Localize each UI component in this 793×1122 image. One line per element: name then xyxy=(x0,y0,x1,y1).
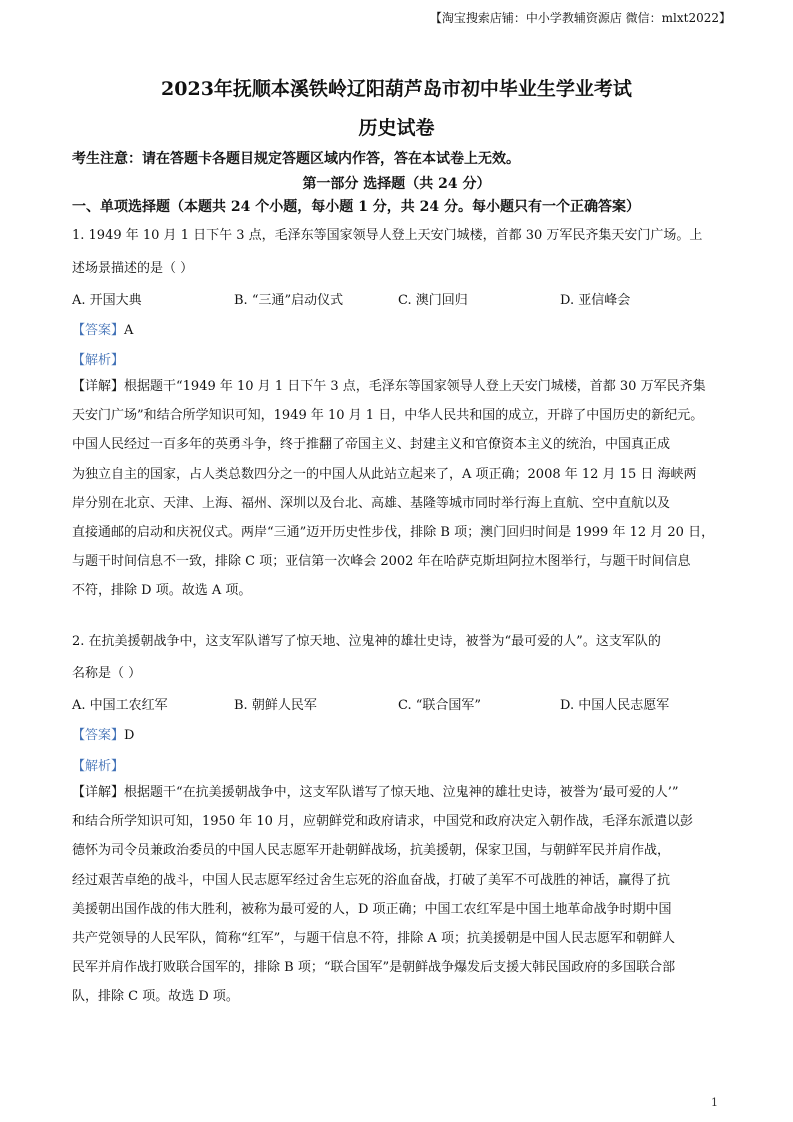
question-1-detail: 【详解】根据题干“1949 年 10 月 1 日下午 3 点，毛泽东等国家领导人… xyxy=(72,372,724,606)
exam-subtitle: 历史试卷 xyxy=(0,113,793,140)
detail-line: 和结合所学知识可知，1950 年 10 月，应朝鲜党和政府请求，中国党和政府决定… xyxy=(72,807,724,836)
question-2-stem-line-2: 名称是（ ） xyxy=(72,662,141,681)
question-1-option-d: D. 亚信峰会 xyxy=(560,289,630,308)
detail-label: 【详解】 xyxy=(72,785,124,800)
section-heading: 一、单项选择题（本题共 24 个小题，每小题 1 分，共 24 分。每小题只有一… xyxy=(72,196,640,216)
detail-line: 天安门广场”和结合所学知识可知，1949 年 10 月 1 日，中华人民共和国的… xyxy=(72,401,724,430)
question-1-stem-line-1: 1. 1949 年 10 月 1 日下午 3 点，毛泽东等国家领导人登上天安门城… xyxy=(72,224,702,243)
analysis-label: 【解析】 xyxy=(72,353,124,368)
detail-label: 【详解】 xyxy=(72,379,124,394)
question-2-analysis-label: 【解析】 xyxy=(72,755,124,774)
answer-value: D xyxy=(124,728,134,743)
exam-notice: 考生注意：请在答题卡各题目规定答题区域内作答，答在本试卷上无效。 xyxy=(72,148,520,168)
detail-line: 中国人民经过一百多年的英勇斗争，终于推翻了帝国主义、封建主义和官僚资本主义的统治… xyxy=(72,430,724,459)
detail-line: 直接通邮的启动和庆祝仪式。两岸“三通”迈开历史性步伐，排除 B 项；澳门回归时间… xyxy=(72,518,724,547)
analysis-label: 【解析】 xyxy=(72,759,124,774)
answer-value: A xyxy=(124,323,133,338)
question-1-analysis-label: 【解析】 xyxy=(72,349,124,368)
detail-line: 共产党领导的人民军队，简称“红军”，与题干信息不符，排除 A 项；抗美援朝是中国… xyxy=(72,924,724,953)
question-2-detail: 【详解】根据题干“在抗美援朝战争中，这支军队谱写了惊天地、泣鬼神的雄壮史诗，被誉… xyxy=(72,778,724,1012)
question-2-option-b: B. 朝鲜人民军 xyxy=(234,694,317,713)
detail-line: 为独立自主的国家，占人类总数四分之一的中国人从此站立起来了，A 项正确；2008… xyxy=(72,460,724,489)
question-2-stem-line-1: 2. 在抗美援朝战争中，这支军队谱写了惊天地、泣鬼神的雄壮史诗，被誉为“最可爱的… xyxy=(72,630,661,649)
question-2-answer: 【答案】D xyxy=(72,724,134,743)
detail-line: 岸分别在北京、天津、上海、福州、深圳以及台北、高雄、基隆等城市同时举行海上直航、… xyxy=(72,489,724,518)
detail-line: 民军并肩作战打败联合国军的，排除 B 项；“联合国军”是朝鲜战争爆发后支援大韩民… xyxy=(72,953,724,982)
question-2-option-c: C. “联合国军” xyxy=(398,694,481,713)
page-number: 1 xyxy=(711,1096,718,1109)
part-heading: 第一部分 选择题（共 24 分） xyxy=(0,173,793,193)
question-1-stem-line-2: 述场景描述的是（ ） xyxy=(72,257,193,276)
question-2-option-a: A. 中国工农红军 xyxy=(72,694,168,713)
detail-line: 不符，排除 D 项。故选 A 项。 xyxy=(72,576,724,605)
question-1-option-a: A. 开国大典 xyxy=(72,289,142,308)
detail-line: 与题干时间信息不一致，排除 C 项；亚信第一次峰会 2002 年在哈萨克斯坦阿拉… xyxy=(72,547,724,576)
detail-line: 队，排除 C 项。故选 D 项。 xyxy=(72,982,724,1011)
question-1-answer: 【答案】A xyxy=(72,319,133,338)
question-2-option-d: D. 中国人民志愿军 xyxy=(560,694,669,713)
answer-label: 【答案】 xyxy=(72,728,124,743)
answer-label: 【答案】 xyxy=(72,323,124,338)
watermark-text: 【淘宝搜索店铺：中小学教辅资源店 微信：mlxt2022】 xyxy=(430,9,731,26)
detail-line: 美援朝出国作战的伟大胜利，被称为最可爱的人，D 项正确；中国工农红军是中国土地革… xyxy=(72,895,724,924)
detail-line: 根据题干“1949 年 10 月 1 日下午 3 点，毛泽东等国家领导人登上天安… xyxy=(124,379,706,394)
detail-line: 根据题干“在抗美援朝战争中，这支军队谱写了惊天地、泣鬼神的雄壮史诗，被誉为‘最可… xyxy=(124,785,679,800)
exam-title: 2023年抚顺本溪铁岭辽阳葫芦岛市初中毕业生学业考试 xyxy=(0,74,793,101)
detail-line: 德怀为司令员兼政治委员的中国人民志愿军开赴朝鲜战场，抗美援朝，保家卫国，与朝鲜军… xyxy=(72,836,724,865)
detail-line: 经过艰苦卓绝的战斗，中国人民志愿军经过舍生忘死的浴血奋战，打破了美军不可战胜的神… xyxy=(72,866,724,895)
question-1-option-c: C. 澳门回归 xyxy=(398,289,468,308)
question-1-option-b: B. “三通”启动仪式 xyxy=(234,289,343,308)
